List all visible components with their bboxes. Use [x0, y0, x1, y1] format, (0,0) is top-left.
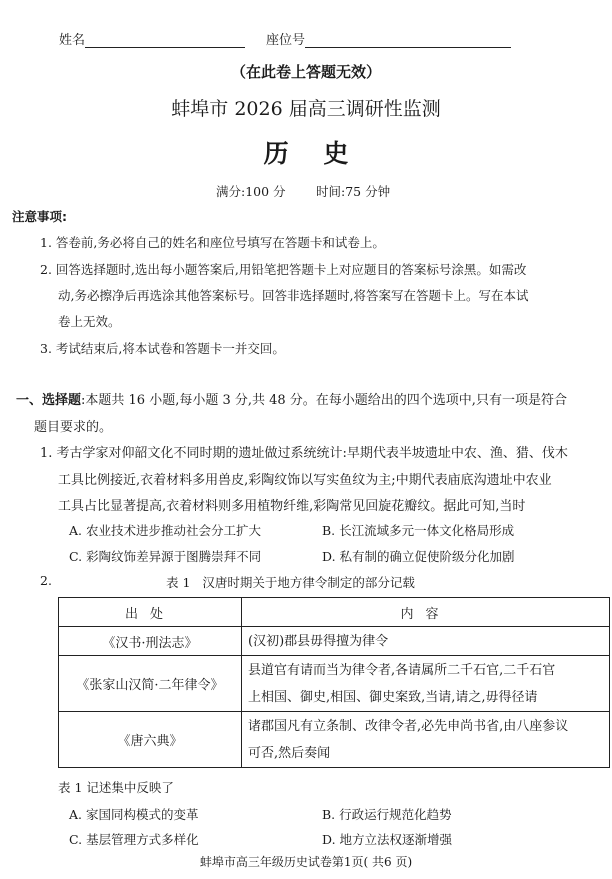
instructions-title: 注意事项:: [12, 207, 67, 225]
seat-field[interactable]: 座位号: [266, 29, 511, 48]
section-heading: 一、选择题:本题共 16 小题,每小题 3 分,共 48 分。在每小题给出的四个…: [16, 389, 567, 408]
subject-title: 历 史: [0, 134, 612, 170]
seat-label: 座位号: [266, 33, 305, 48]
seat-blank[interactable]: [305, 33, 511, 48]
q1-stem: 工具占比显著提高,衣着材料则多用植物纤维,彩陶常见回旋花瓣纹。据此可知,当时: [58, 495, 525, 514]
table-row: 《汉书·刑法志》 (汉初)郡县毋得擅为律令: [59, 627, 610, 656]
invalid-notice: （在此卷上答题无效）: [0, 61, 612, 82]
instruction-item: 卷上无效。: [58, 312, 121, 330]
q1-option-a[interactable]: A. 农业技术进步推动社会分工扩大: [69, 521, 261, 539]
q2-stem: 表 1 记述集中反映了: [58, 778, 174, 796]
exam-title: 蚌埠市 2026 届高三调研性监测: [0, 94, 612, 121]
records-table: 出处 内容 《汉书·刑法志》 (汉初)郡县毋得擅为律令 《张家山汉简·二年律令》…: [58, 597, 610, 768]
instruction-item: 2. 回答选择题时,选出每小题答案后,用铅笔把答题卡上对应题目的答案标号涂黑。如…: [40, 260, 526, 278]
instruction-item: 动,务必擦净后再选涂其他答案标号。回答非选择题时,将答案写在答题卡上。写在本试: [58, 286, 528, 304]
content-line: 诸郡国凡有立条制、改律令者,必先申尚书省,由八座参议: [248, 719, 568, 734]
table-header-row: 出处 内容: [59, 598, 610, 627]
time-info: 时间:75 分钟: [316, 182, 390, 200]
content-line: (汉初)郡县毋得擅为律令: [248, 634, 388, 649]
q2-option-b[interactable]: B. 行政运行规范化趋势: [322, 805, 452, 823]
q2-option-c[interactable]: C. 基层管理方式多样化: [69, 830, 199, 848]
section-heading-bold: 一、选择题: [16, 393, 81, 408]
row-content: 县道官有请而当为律令者,各请属所二千石官,二千石官上相国、御史,相国、御史案致,…: [242, 656, 610, 712]
section-heading-cont: 题目要求的。: [34, 416, 112, 435]
q1-stem: 工具比例接近,衣着材料多用兽皮,彩陶纹饰以写实鱼纹为主;中期代表庙底沟遗址中农业: [58, 469, 552, 488]
header-content: 内容: [242, 598, 610, 627]
score-info: 满分:100 分: [216, 182, 286, 200]
row-source: 《张家山汉简·二年律令》: [59, 656, 242, 712]
row-source: 《汉书·刑法志》: [59, 627, 242, 656]
page-footer: 蚌埠市高三年级历史试卷第1页( 共6 页): [0, 853, 612, 870]
q2-option-a[interactable]: A. 家国同构模式的变革: [69, 805, 198, 823]
content-line: 县道官有请而当为律令者,各请属所二千石官,二千石官: [248, 663, 555, 678]
table-caption: 表 1 汉唐时期关于地方律令制定的部分记载: [166, 573, 415, 591]
header-source: 出处: [59, 598, 242, 627]
table-row: 《唐六典》 诸郡国凡有立条制、改律令者,必先申尚书省,由八座参议可否,然后奏闻: [59, 712, 610, 768]
name-field[interactable]: 姓名: [59, 29, 245, 48]
name-blank[interactable]: [85, 33, 245, 48]
table-row: 《张家山汉简·二年律令》 县道官有请而当为律令者,各请属所二千石官,二千石官上相…: [59, 656, 610, 712]
content-line: 上相国、御史,相国、御史案致,当请,请之,毋得径请: [248, 690, 538, 705]
q1-stem: 1. 考古学家对仰韶文化不同时期的遗址做过系统统计:早期代表半坡遗址中农、渔、猎…: [40, 442, 568, 461]
q2-number: 2.: [40, 573, 52, 588]
q1-option-d[interactable]: D. 私有制的确立促使阶级分化加剧: [322, 547, 515, 565]
q1-option-c[interactable]: C. 彩陶纹饰差异源于图腾崇拜不同: [69, 547, 261, 565]
content-line: 可否,然后奏闻: [248, 746, 330, 761]
name-label: 姓名: [59, 33, 85, 48]
row-content: (汉初)郡县毋得擅为律令: [242, 627, 610, 656]
section-heading-text: :本题共 16 小题,每小题 3 分,共 48 分。在每小题给出的四个选项中,只…: [81, 393, 567, 408]
row-content: 诸郡国凡有立条制、改律令者,必先申尚书省,由八座参议可否,然后奏闻: [242, 712, 610, 768]
instruction-item: 1. 答卷前,务必将自己的姓名和座位号填写在答题卡和试卷上。: [40, 233, 385, 251]
row-source: 《唐六典》: [59, 712, 242, 768]
q2-option-d[interactable]: D. 地方立法权逐渐增强: [322, 830, 452, 848]
q1-option-b[interactable]: B. 长江流域多元一体文化格局形成: [322, 521, 514, 539]
instruction-item: 3. 考试结束后,将本试卷和答题卡一并交回。: [40, 339, 285, 357]
